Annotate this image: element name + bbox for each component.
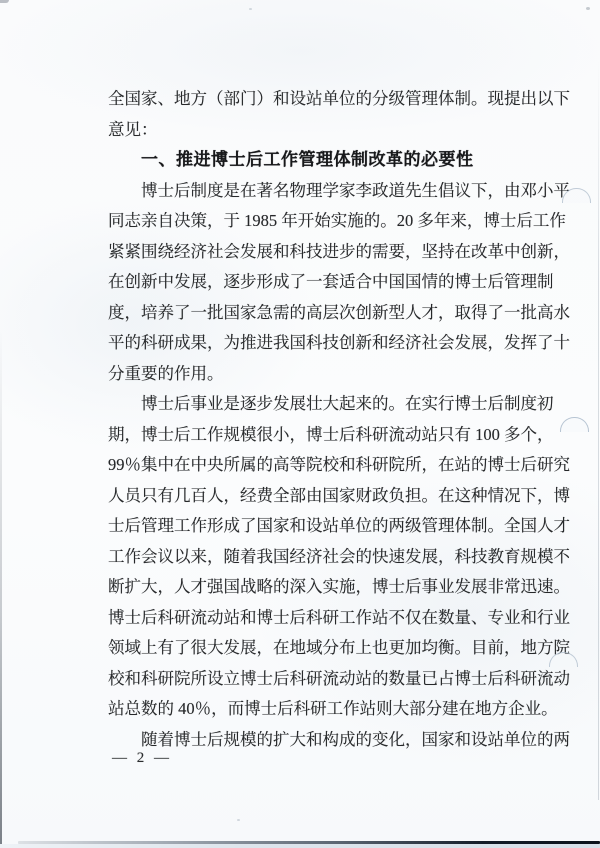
text-line: 同志亲自决策，于 1985 年开始实施的。20 多年来，博士后工作: [108, 206, 546, 237]
text-line: 校和科研院所设立博士后科研流动站的数量已占博士后科研流动: [108, 664, 546, 695]
text-line: 人员只有几百人，经费全部由国家财政负担。在这种情况下，博: [108, 481, 546, 512]
text-line: 博士后事业是逐步发展壮大起来的。在实行博士后制度初: [108, 389, 546, 420]
text-line: 领域上有了很大发展，在地域分布上也更加均衡。目前，地方院: [108, 633, 546, 664]
text-line: 全国家、地方（部门）和设站单位的分级管理体制。现提出以下: [108, 84, 546, 115]
section-heading: 一、推进博士后工作管理体制改革的必要性: [108, 145, 546, 176]
text-line: 在创新中发展，逐步形成了一套适合中国国情的博士后管理制: [108, 267, 546, 298]
scan-speck-top: [249, 8, 252, 10]
text-line: 博士后科研流动站和博士后科研工作站不仅在数量、专业和行业: [108, 603, 546, 634]
text-line: 分重要的作用。: [108, 359, 546, 390]
text-line: 期，博士后工作规模很小，博士后科研流动站只有 100 多个，: [108, 420, 546, 451]
text-line: 紧紧围绕经济社会发展和科技进步的需要，坚持在改革中创新，: [108, 237, 546, 268]
hole-punch-mark-bottom: [549, 652, 578, 667]
text-line: 平的科研成果，为推进我国科技创新和经济社会发展，发挥了十: [108, 328, 546, 359]
page-number: — 2 —: [112, 750, 172, 767]
document-text-block: 全国家、地方（部门）和设站单位的分级管理体制。现提出以下意见：一、推进博士后工作…: [108, 84, 546, 755]
text-line: 99％集中在中央所属的高等院校和科研院所，在站的博士后研究: [108, 450, 546, 481]
text-line: 断扩大，人才强国战略的深入实施，博士后事业发展非常迅速。: [108, 572, 546, 603]
text-line: 博士后制度是在著名物理学家李政道先生倡议下，由邓小平: [108, 176, 546, 207]
hole-punch-mark-middle: [560, 417, 589, 432]
scan-edge-left: [0, 330, 2, 845]
scan-speck-top-left: [0, 0, 9, 3]
text-line: 度，培养了一批国家急需的高层次创新型人才，取得了一批高水: [108, 298, 546, 329]
scan-speck-bottom: [237, 819, 240, 821]
scanned-document-page: 全国家、地方（部门）和设站单位的分级管理体制。现提出以下意见：一、推进博士后工作…: [0, 0, 600, 848]
text-line: 士后管理工作形成了国家和设站单位的两级管理体制。全国人才: [108, 511, 546, 542]
text-line: 工作会议以来，随着我国经济社会的快速发展，科技教育规模不: [108, 542, 546, 573]
hole-punch-mark-top: [562, 188, 591, 203]
scan-speck-top-right: [586, 7, 590, 10]
scan-edge-bottom-strip: [0, 844, 600, 848]
text-line: 随着博士后规模的扩大和构成的变化，国家和设站单位的两: [108, 725, 546, 756]
text-line: 意见：: [108, 115, 546, 146]
scan-edge-right: [598, 60, 599, 800]
text-line: 站总数的 40％，而博士后科研工作站则大部分建在地方企业。: [108, 694, 546, 725]
